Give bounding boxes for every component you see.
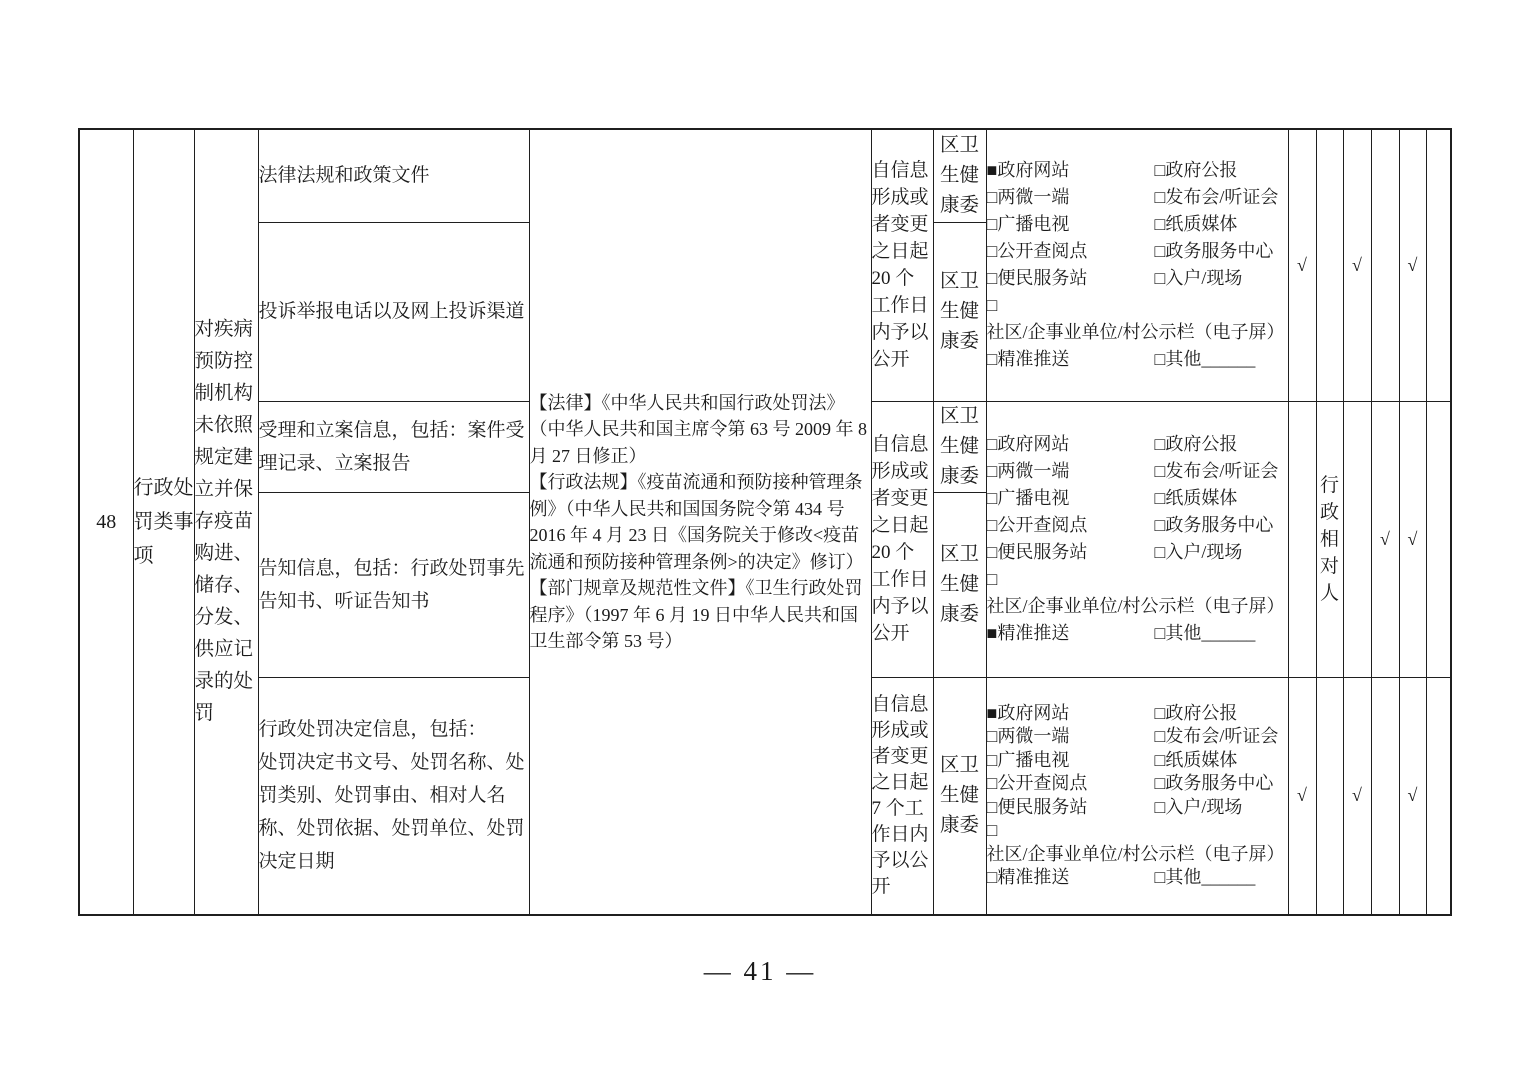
content-item-cell-2: 投诉举报电话以及网上投诉渠道 (258, 222, 529, 401)
content-item-cell-4: 告知信息，包括：行政处罚事先告知书、听证告知书 (258, 492, 529, 677)
channel-item: □其他______ (1155, 623, 1256, 643)
channel-label: 便民服务站 (997, 797, 1087, 817)
checkbox-unchecked-icon: □ (1155, 773, 1166, 793)
deadline-cell-a: 自信息形成或者变更之日起 20 个工作日内予以公开 (871, 129, 933, 401)
checkbox-unchecked-icon: □ (987, 820, 998, 840)
checkbox-unchecked-icon: □ (987, 295, 998, 315)
channel-label: 公开查阅点 (997, 241, 1087, 261)
channel-label: 政务服务中心 (1165, 241, 1273, 261)
mark-cell-a2 (1316, 129, 1343, 401)
channel-row: □便民服务站□入户/现场 (987, 539, 1288, 566)
checkbox-unchecked-icon: □ (1155, 542, 1166, 562)
checkbox-unchecked-icon: □ (987, 214, 998, 234)
channel-item: □公开查阅点 (987, 772, 1155, 796)
channel-item: □精准推送 (987, 346, 1155, 373)
checkbox-unchecked-icon: □ (987, 268, 998, 288)
channel-label: 社区/企事业单位/村公示栏（电子屏） (987, 844, 1285, 864)
channel-label: 政府网站 (997, 703, 1069, 723)
checkbox-unchecked-icon: □ (1155, 726, 1166, 746)
checkbox-unchecked-icon: □ (1155, 461, 1166, 481)
checkbox-unchecked-icon: □ (1155, 750, 1166, 770)
channel-row: □社区/企事业单位/村公示栏（电子屏） (987, 566, 1288, 620)
checkbox-unchecked-icon: □ (1155, 214, 1166, 234)
mark-cell-c2 (1316, 677, 1343, 915)
checkbox-unchecked-icon: □ (987, 773, 998, 793)
channel-label: 公开查阅点 (997, 773, 1087, 793)
mark-cell-a3: √ (1343, 129, 1371, 401)
channel-item: □发布会/听证会 (1155, 726, 1279, 746)
checkbox-unchecked-icon: □ (1155, 623, 1166, 643)
channel-item: □纸质媒体 (1155, 214, 1238, 234)
legal-regulation-text: 【行政法规】《疫苗流通和预防接种管理条例》（中华人民共和国国务院令第 434 号… (530, 469, 871, 575)
channel-item: □便民服务站 (987, 265, 1155, 292)
channel-row: □精准推送□其他______ (987, 866, 1288, 890)
channel-item: □政府公报 (1155, 160, 1238, 180)
channel-row: ■精准推送□其他______ (987, 620, 1288, 647)
channel-row: □广播电视□纸质媒体 (987, 749, 1288, 773)
legal-basis-cell: 【法律】《中华人民共和国行政处罚法》（中华人民共和国主席令第 63 号 2009… (529, 129, 871, 915)
authority-cell-b1: 区卫生健康委 (933, 401, 986, 492)
checkbox-unchecked-icon: □ (1155, 160, 1166, 180)
channel-item: □便民服务站 (987, 539, 1155, 566)
mark-cell-b1 (1288, 401, 1316, 677)
mark-cell-a6 (1426, 129, 1451, 401)
channel-label: 政务服务中心 (1165, 773, 1273, 793)
checkbox-unchecked-icon: □ (987, 187, 998, 207)
mark-cell-a4 (1371, 129, 1399, 401)
channel-row: □公开查阅点□政务服务中心 (987, 238, 1288, 265)
channel-item: □发布会/听证会 (1155, 187, 1279, 207)
checkbox-unchecked-icon: □ (987, 750, 998, 770)
channel-label: 广播电视 (997, 214, 1069, 234)
mark-cell-c3: √ (1343, 677, 1371, 915)
channel-item: □便民服务站 (987, 796, 1155, 820)
channel-item: □入户/现场 (1155, 268, 1243, 288)
channel-label: 纸质媒体 (1165, 750, 1237, 770)
mark-cell-b3 (1343, 401, 1371, 677)
channel-item: □社区/企事业单位/村公示栏（电子屏） (987, 820, 1285, 864)
channel-label: 公开查阅点 (997, 515, 1087, 535)
checkbox-unchecked-icon: □ (1155, 187, 1166, 207)
responsibility-cell: 行政相对人 (1316, 401, 1343, 677)
authority-cell-a1: 区卫生健康委 (933, 129, 986, 222)
channel-label: 便民服务站 (997, 268, 1087, 288)
channel-label: 政府网站 (997, 160, 1069, 180)
channel-label: 政府公报 (1165, 160, 1237, 180)
channel-row: □精准推送□其他______ (987, 346, 1288, 373)
channel-item: □其他______ (1155, 349, 1256, 369)
channel-label: 发布会/听证会 (1165, 187, 1278, 207)
authority-cell-c: 区卫生健康委 (933, 677, 986, 915)
checkbox-unchecked-icon: □ (987, 542, 998, 562)
channel-label: 广播电视 (997, 750, 1069, 770)
channel-row: □便民服务站□入户/现场 (987, 265, 1288, 292)
legal-law-text: 【法律】《中华人民共和国行政处罚法》（中华人民共和国主席令第 63 号 2009… (530, 390, 871, 470)
channel-row: ■政府网站□政府公报 (987, 702, 1288, 726)
checkbox-unchecked-icon: □ (987, 461, 998, 481)
channel-row: □社区/企事业单位/村公示栏（电子屏） (987, 292, 1288, 346)
seq-cell: 48 (79, 129, 133, 915)
channel-item: □精准推送 (987, 866, 1155, 890)
content-item-cell-3: 受理和立案信息，包括：案件受理记录、立案报告 (258, 401, 529, 492)
matters-table: 48 行政处罚类事项 对疾病预防控制机构未依照规定建立并保存疫苗购进、储存、分发… (78, 128, 1452, 916)
channel-label: 精准推送 (997, 349, 1069, 369)
channel-item: □广播电视 (987, 485, 1155, 512)
channel-row: □两微一端□发布会/听证会 (987, 184, 1288, 211)
channel-label: 两微一端 (997, 461, 1069, 481)
channels-cell-a: ■政府网站□政府公报□两微一端□发布会/听证会□广播电视□纸质媒体□公开查阅点□… (986, 129, 1288, 401)
checkbox-unchecked-icon: □ (1155, 797, 1166, 817)
mark-cell-b5: √ (1399, 401, 1426, 677)
matter-cell: 对疾病预防控制机构未依照规定建立并保存疫苗购进、储存、分发、供应记录的处罚 (194, 129, 258, 915)
channel-item: □两微一端 (987, 458, 1155, 485)
content-item-cell-5: 行政处罚决定信息，包括： 处罚决定书文号、处罚名称、处罚类别、处罚事由、相对人名… (258, 677, 529, 915)
checkbox-unchecked-icon: □ (987, 349, 998, 369)
mark-cell-c5: √ (1399, 677, 1426, 915)
channel-label: 便民服务站 (997, 542, 1087, 562)
channel-row: □广播电视□纸质媒体 (987, 211, 1288, 238)
channel-label: 精准推送 (997, 867, 1069, 887)
channel-item: ■精准推送 (987, 620, 1155, 647)
channel-item: □政府公报 (1155, 703, 1238, 723)
channel-item: □入户/现场 (1155, 797, 1243, 817)
channel-row: □两微一端□发布会/听证会 (987, 458, 1288, 485)
channel-label: 两微一端 (997, 187, 1069, 207)
channel-label: 广播电视 (997, 488, 1069, 508)
channel-label: 纸质媒体 (1165, 488, 1237, 508)
channel-item: □政府公报 (1155, 434, 1238, 454)
channel-row: □广播电视□纸质媒体 (987, 485, 1288, 512)
mark-cell-b6 (1426, 401, 1451, 677)
mark-cell-a1: √ (1288, 129, 1316, 401)
channel-item: □政务服务中心 (1155, 515, 1274, 535)
channel-row: □两微一端□发布会/听证会 (987, 725, 1288, 749)
deadline-cell-c: 自信息形成或者变更之日起 7 个工作日内予以公开 (871, 677, 933, 915)
checkbox-unchecked-icon: □ (1155, 515, 1166, 535)
checkbox-unchecked-icon: □ (987, 797, 998, 817)
authority-cell-a2: 区卫生健康委 (933, 222, 986, 401)
checkbox-unchecked-icon: □ (987, 569, 998, 589)
channel-item: □入户/现场 (1155, 542, 1243, 562)
channel-item: □纸质媒体 (1155, 488, 1238, 508)
authority-cell-b2: 区卫生健康委 (933, 492, 986, 677)
checkbox-unchecked-icon: □ (987, 488, 998, 508)
channel-label: 其他______ (1165, 349, 1255, 369)
decision-info-title: 行政处罚决定信息，包括： (259, 713, 529, 746)
channel-label: 社区/企事业单位/村公示栏（电子屏） (987, 596, 1285, 616)
channel-item: □政府网站 (987, 431, 1155, 458)
checkbox-checked-icon: ■ (987, 703, 998, 723)
legal-rules-text: 【部门规章及规范性文件】《卫生行政处罚程序》（1997 年 6 月 19 日中华… (530, 575, 871, 655)
mark-cell-c4 (1371, 677, 1399, 915)
content-item-cell-1: 法律法规和政策文件 (258, 129, 529, 222)
channel-item: □广播电视 (987, 749, 1155, 773)
checkbox-unchecked-icon: □ (987, 434, 998, 454)
channel-item: □公开查阅点 (987, 512, 1155, 539)
channel-label: 其他______ (1165, 623, 1255, 643)
channel-row: ■政府网站□政府公报 (987, 157, 1288, 184)
channel-item: □社区/企事业单位/村公示栏（电子屏） (987, 295, 1285, 342)
mark-cell-c6 (1426, 677, 1451, 915)
checkbox-unchecked-icon: □ (1155, 867, 1166, 887)
channel-label: 纸质媒体 (1165, 214, 1237, 234)
channel-item: □两微一端 (987, 725, 1155, 749)
checkbox-unchecked-icon: □ (1155, 241, 1166, 261)
channel-item: □其他______ (1155, 867, 1256, 887)
channel-label: 政务服务中心 (1165, 515, 1273, 535)
mark-cell-a5: √ (1399, 129, 1426, 401)
channel-label: 社区/企事业单位/村公示栏（电子屏） (987, 322, 1285, 342)
channels-cell-c: ■政府网站□政府公报□两微一端□发布会/听证会□广播电视□纸质媒体□公开查阅点□… (986, 677, 1288, 915)
checkbox-unchecked-icon: □ (987, 867, 998, 887)
checkbox-unchecked-icon: □ (987, 515, 998, 535)
channel-label: 政府公报 (1165, 434, 1237, 454)
channels-cell-b: □政府网站□政府公报□两微一端□发布会/听证会□广播电视□纸质媒体□公开查阅点□… (986, 401, 1288, 677)
channel-label: 入户/现场 (1165, 268, 1242, 288)
channel-label: 精准推送 (997, 623, 1069, 643)
decision-info-body: 处罚决定书文号、处罚名称、处罚类别、处罚事由、相对人名称、处罚依据、处罚单位、处… (259, 746, 529, 878)
channel-label: 入户/现场 (1165, 542, 1242, 562)
channel-item: ■政府网站 (987, 702, 1155, 726)
channel-item: □公开查阅点 (987, 238, 1155, 265)
channel-row: □社区/企事业单位/村公示栏（电子屏） (987, 819, 1288, 866)
channel-row: □公开查阅点□政务服务中心 (987, 772, 1288, 796)
deadline-cell-b: 自信息形成或者变更之日起 20 个工作日内予以公开 (871, 401, 933, 677)
mark-cell-c1: √ (1288, 677, 1316, 915)
channel-item: □两微一端 (987, 184, 1155, 211)
page-number: — 41 — (0, 956, 1520, 987)
channel-label: 政府公报 (1165, 703, 1237, 723)
checkbox-unchecked-icon: □ (1155, 349, 1166, 369)
channel-label: 发布会/听证会 (1165, 726, 1278, 746)
channel-item: □发布会/听证会 (1155, 461, 1279, 481)
channel-row: □便民服务站□入户/现场 (987, 796, 1288, 820)
channel-item: ■政府网站 (987, 157, 1155, 184)
channel-item: □纸质媒体 (1155, 750, 1238, 770)
checkbox-checked-icon: ■ (987, 623, 998, 643)
checkbox-unchecked-icon: □ (1155, 703, 1166, 723)
channel-item: □政务服务中心 (1155, 241, 1274, 261)
channel-item: □广播电视 (987, 211, 1155, 238)
channel-label: 入户/现场 (1165, 797, 1242, 817)
checkbox-unchecked-icon: □ (987, 241, 998, 261)
channel-item: □政务服务中心 (1155, 773, 1274, 793)
category-cell: 行政处罚类事项 (133, 129, 194, 915)
checkbox-checked-icon: ■ (987, 160, 998, 180)
checkbox-unchecked-icon: □ (1155, 488, 1166, 508)
channel-label: 两微一端 (997, 726, 1069, 746)
channel-label: 发布会/听证会 (1165, 461, 1278, 481)
mark-cell-b4: √ (1371, 401, 1399, 677)
checkbox-unchecked-icon: □ (1155, 434, 1166, 454)
channel-label: 其他______ (1165, 867, 1255, 887)
channel-row: □政府网站□政府公报 (987, 431, 1288, 458)
checkbox-unchecked-icon: □ (1155, 268, 1166, 288)
channel-row: □公开查阅点□政务服务中心 (987, 512, 1288, 539)
channel-item: □社区/企事业单位/村公示栏（电子屏） (987, 569, 1285, 616)
checkbox-unchecked-icon: □ (987, 726, 998, 746)
channel-label: 政府网站 (997, 434, 1069, 454)
